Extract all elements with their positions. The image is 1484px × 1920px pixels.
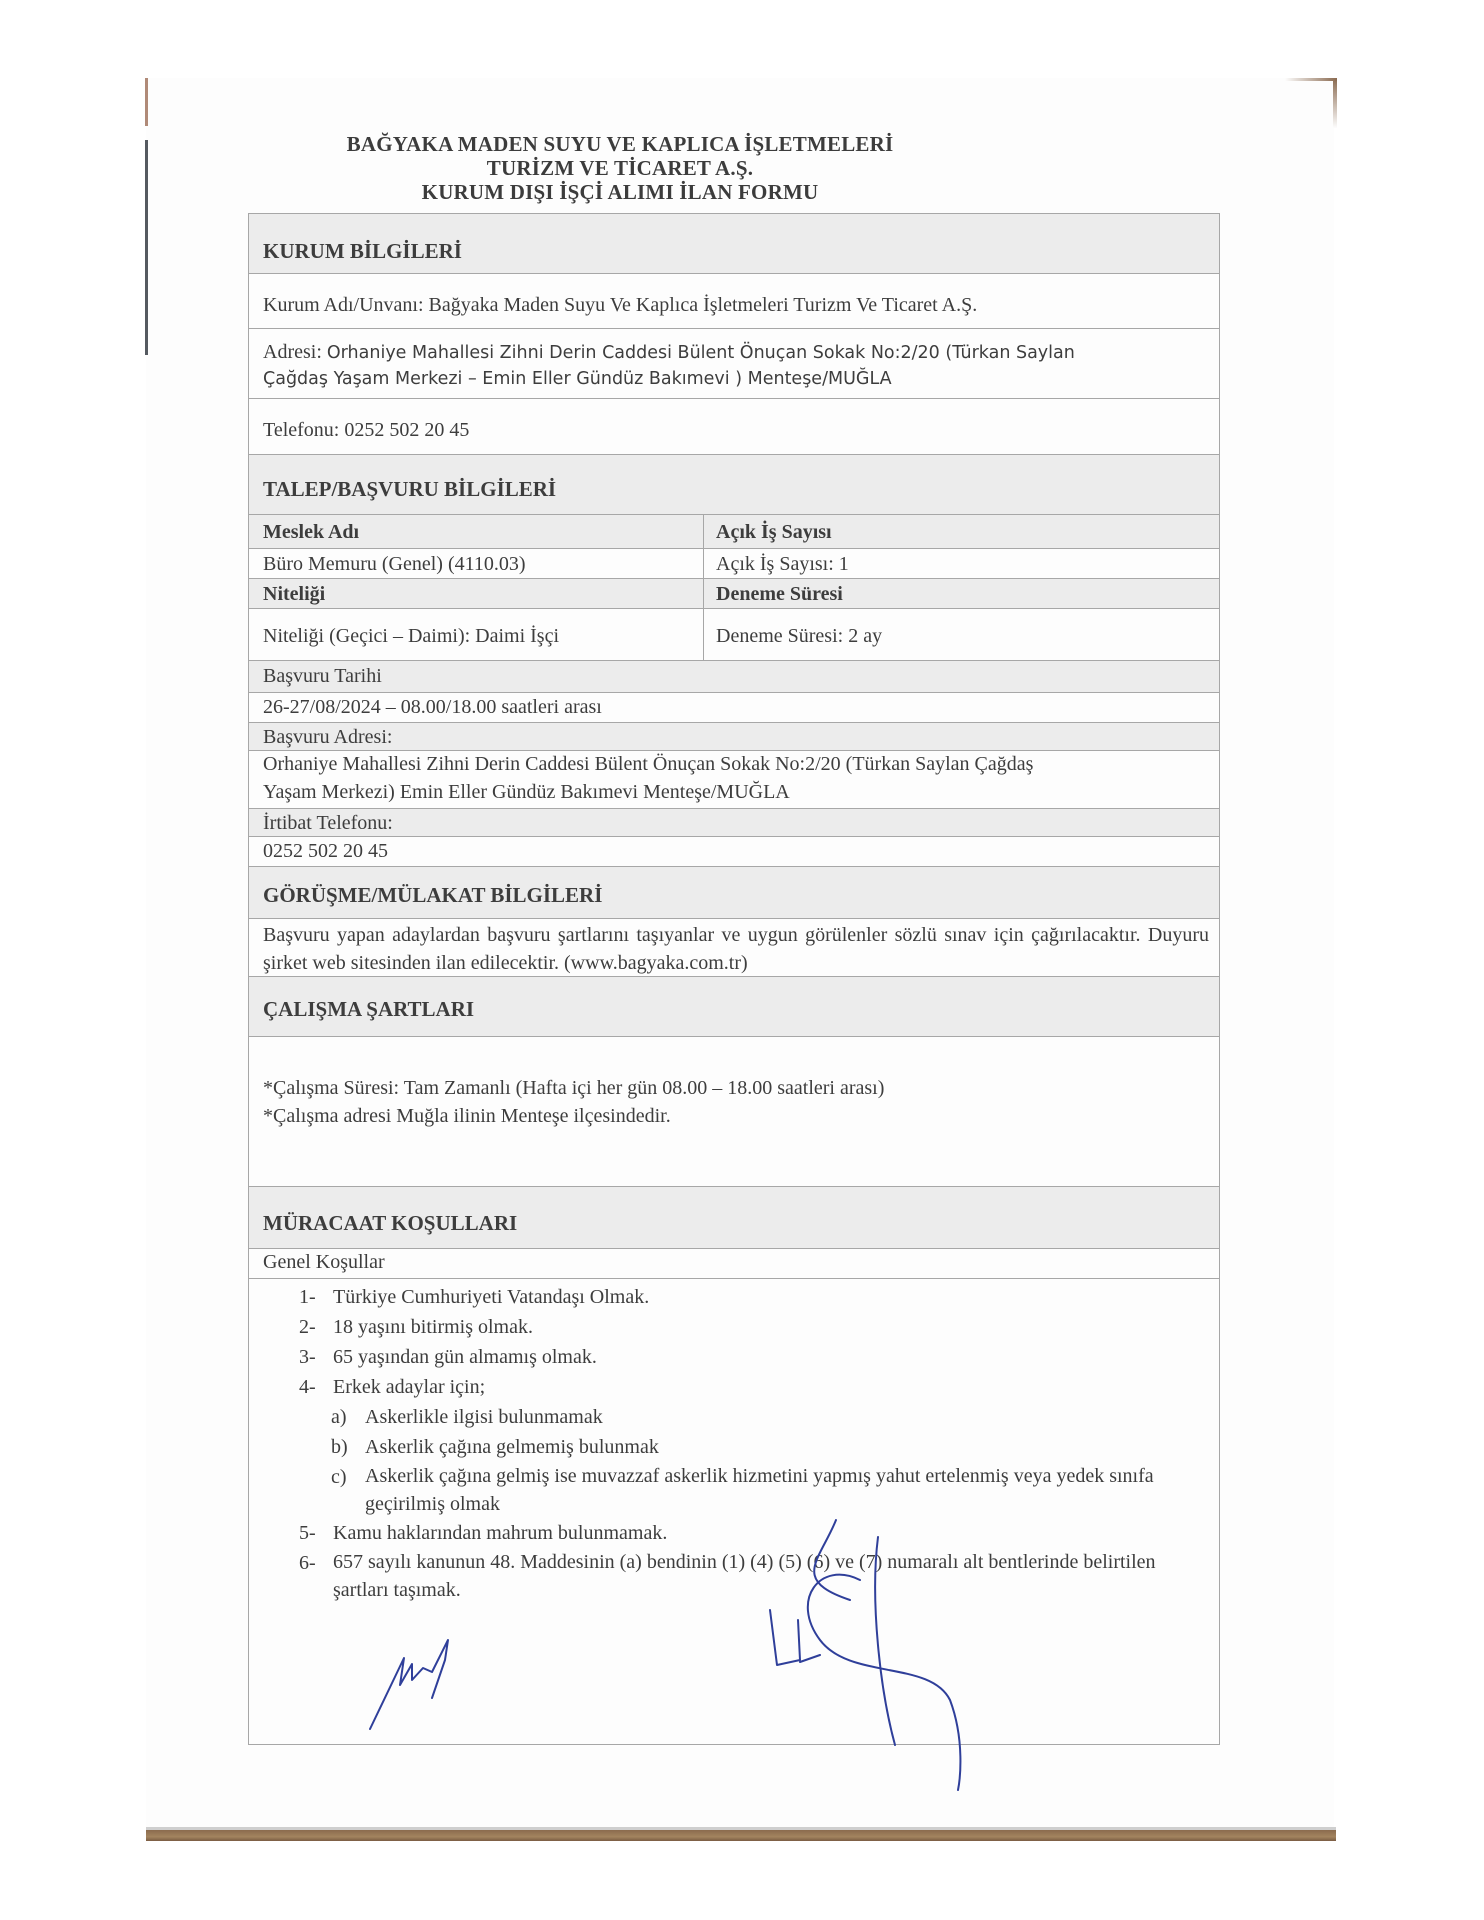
list-item: 6-657 sayılı kanunun 48. Maddesinin (a) … [299, 1548, 1199, 1604]
meslek-value: Büro Memuru (Genel) (4110.03) [263, 553, 526, 576]
column-2: Açık İş Sayısı: 1 [703, 549, 704, 578]
genel-kosullar-label: Genel Koşullar [263, 1251, 385, 1274]
tarih-value: 26-27/08/2024 – 08.00/18.00 saatleri ara… [263, 696, 602, 719]
adres-label-text: Adresi: [263, 341, 322, 363]
page-corner [1285, 78, 1337, 81]
adres-label: Adresi: Orhaniye Mahallesi Zihni Derin C… [263, 341, 1075, 364]
section-title: ÇALIŞMA ŞARTLARI [263, 997, 474, 1022]
document-title: BAĞYAKA MADEN SUYU VE KAPLICA İŞLETMELER… [0, 132, 1484, 204]
deneme-value: Deneme Süresi: 2 ay [716, 625, 882, 648]
section-title: KURUM BİLGİLERİ [263, 239, 462, 264]
tarih-label: Başvuru Tarihi [263, 665, 382, 688]
section-header-calisma: ÇALIŞMA ŞARTLARI [249, 977, 1219, 1037]
calisma-line-1: *Çalışma Süresi: Tam Zamanlı (Hafta içi … [263, 1077, 884, 1100]
list-item: 2-18 yaşını bitirmiş olmak. [299, 1312, 1199, 1342]
sub-list-item: b)Askerlik çağına gelmemiş bulunmak [299, 1432, 1199, 1462]
deneme-label: Deneme Süresi [716, 583, 843, 606]
section-title: MÜRACAAT KOŞULLARI [263, 1211, 517, 1236]
table-surface [146, 1827, 1336, 1841]
list-item: 4-Erkek adaylar için; [299, 1372, 1199, 1402]
kurum-telefon-row: Telefonu: 0252 502 20 45 [249, 399, 1219, 455]
basvuru-adres-line-2: Yaşam Merkezi) Emin Eller Gündüz Bakımev… [263, 781, 790, 804]
title-line-2: TURİZM VE TİCARET A.Ş. [270, 156, 970, 180]
kurum-adres-row: Adresi: Orhaniye Mahallesi Zihni Derin C… [249, 329, 1219, 399]
tarih-value-row: 26-27/08/2024 – 08.00/18.00 saatleri ara… [249, 693, 1219, 723]
section-header-talep: TALEP/BAŞVURU BİLGİLERİ [249, 455, 1219, 515]
section-header-gorusme: GÖRÜŞME/MÜLAKAT BİLGİLERİ [249, 867, 1219, 919]
sub-list-item: a)Askerlikle ilgisi bulunmamak [299, 1402, 1199, 1432]
section-header-muracaat: MÜRACAAT KOŞULLARI [249, 1187, 1219, 1249]
section-title: GÖRÜŞME/MÜLAKAT BİLGİLERİ [263, 883, 602, 908]
basvuru-adres-value-row: Orhaniye Mahallesi Zihni Derin Caddesi B… [249, 751, 1219, 809]
title-line-3: KURUM DIŞI İŞÇİ ALIMI İLAN FORMU [270, 180, 970, 204]
nitelik-value-row: Niteliği (Geçici – Daimi): Daimi İşçi De… [249, 609, 1219, 661]
announcement-form: KURUM BİLGİLERİ Kurum Adı/Unvanı: Bağyak… [248, 213, 1220, 1745]
kurum-unvan: Kurum Adı/Unvanı: Bağyaka Maden Suyu Ve … [263, 294, 977, 317]
nitelik-label: Niteliği [263, 583, 325, 606]
tarih-header-row: Başvuru Tarihi [249, 661, 1219, 693]
conditions-list: 1-Türkiye Cumhuriyeti Vatandaşı Olmak. 2… [299, 1282, 1199, 1604]
gorusme-text: Başvuru yapan adaylardan başvuru şartlar… [263, 921, 1209, 977]
list-item: 5-Kamu haklarından mahrum bulunmamak. [299, 1518, 1199, 1548]
column-2: Deneme Süresi [703, 579, 704, 608]
acik-is-label: Açık İş Sayısı [716, 521, 832, 544]
column-2: Açık İş Sayısı [703, 515, 704, 548]
genel-kosullar-row: Genel Koşullar [249, 1249, 1219, 1279]
kurum-telefon: Telefonu: 0252 502 20 45 [263, 419, 469, 442]
irtibat-header-row: İrtibat Telefonu: [249, 809, 1219, 837]
irtibat-value-row: 0252 502 20 45 [249, 837, 1219, 867]
list-item: 1-Türkiye Cumhuriyeti Vatandaşı Olmak. [299, 1282, 1199, 1312]
meslek-label: Meslek Adı [263, 521, 359, 544]
page-corner [1333, 78, 1337, 128]
section-title: TALEP/BAŞVURU BİLGİLERİ [263, 477, 556, 502]
sub-list-item: c)Askerlik çağına gelmiş ise muvazzaf as… [299, 1462, 1199, 1518]
meslek-header-row: Meslek Adı Açık İş Sayısı [249, 515, 1219, 549]
acik-is-value: Açık İş Sayısı: 1 [716, 553, 849, 576]
calisma-line-2: *Çalışma adresi Muğla ilinin Menteşe ilç… [263, 1105, 671, 1128]
nitelik-header-row: Niteliği Deneme Süresi [249, 579, 1219, 609]
list-item: 3-65 yaşından gün almamış olmak. [299, 1342, 1199, 1372]
nitelik-value: Niteliği (Geçici – Daimi): Daimi İşçi [263, 625, 559, 648]
basvuru-adres-label: Başvuru Adresi: [263, 726, 392, 749]
basvuru-adres-line-1: Orhaniye Mahallesi Zihni Derin Caddesi B… [263, 753, 1033, 776]
irtibat-label: İrtibat Telefonu: [263, 812, 393, 835]
adres-line-2: Çağdaş Yaşam Merkezi – Emin Eller Gündüz… [263, 369, 892, 389]
irtibat-value: 0252 502 20 45 [263, 840, 388, 863]
adres-line-1: Orhaniye Mahallesi Zihni Derin Caddesi B… [327, 343, 1075, 363]
calisma-text-row: *Çalışma Süresi: Tam Zamanlı (Hafta içi … [249, 1037, 1219, 1187]
meslek-value-row: Büro Memuru (Genel) (4110.03) Açık İş Sa… [249, 549, 1219, 579]
basvuru-adres-header-row: Başvuru Adresi: [249, 723, 1219, 751]
kurum-unvan-row: Kurum Adı/Unvanı: Bağyaka Maden Suyu Ve … [249, 274, 1219, 329]
page-edge [145, 78, 148, 126]
column-2: Deneme Süresi: 2 ay [703, 609, 704, 660]
title-line-1: BAĞYAKA MADEN SUYU VE KAPLICA İŞLETMELER… [270, 132, 970, 156]
section-header-kurum: KURUM BİLGİLERİ [249, 214, 1219, 274]
gorusme-text-row: Başvuru yapan adaylardan başvuru şartlar… [249, 919, 1219, 977]
